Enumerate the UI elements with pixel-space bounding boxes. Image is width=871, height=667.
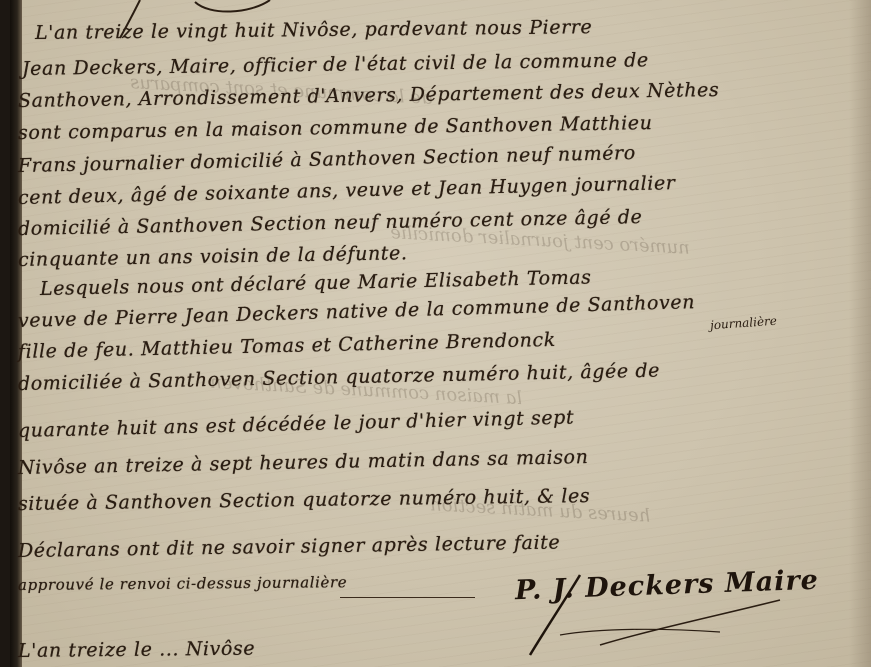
record-line-1: L'an treize le vingt huit Nivôse, pardev… (35, 16, 593, 44)
document-page: de la commune et sont comparus numéro ce… (10, 0, 871, 667)
record-line-11: fille de feu. Matthieu Tomas et Catherin… (18, 329, 556, 363)
record-line-16: Déclarans ont dit ne savoir signer après… (18, 531, 561, 562)
next-entry-line: L'an treize le ... Nivôse (18, 638, 255, 662)
record-line-17: approuvé le renvoi ci-dessus journalière (18, 573, 347, 594)
record-line-13: quarante huit ans est décédée le jour d'… (18, 406, 575, 442)
record-line-6: cent deux, âgé de soixante ans, veuve et… (18, 172, 676, 209)
interlinear-insert: journalière (710, 314, 778, 333)
record-line-5: Frans journalier domicilié à Santhoven S… (18, 142, 636, 177)
record-line-8: cinquante un ans voisin de la défunte. (18, 242, 408, 271)
record-line-9: Lesquels nous ont déclaré que Marie Elis… (40, 266, 592, 300)
record-line-4: sont comparus en la maison commune de Sa… (18, 112, 653, 144)
record-line-14: Nivôse an treize à sept heures du matin … (18, 446, 589, 479)
record-line-3: Santhoven, Arrondissement d'Anvers, Dépa… (18, 79, 720, 112)
page-edge (849, 0, 871, 667)
signature-flourish (490, 560, 810, 660)
record-line-2: Jean Deckers, Maire, officier de l'état … (22, 49, 649, 80)
margin-note-underline (340, 597, 475, 598)
